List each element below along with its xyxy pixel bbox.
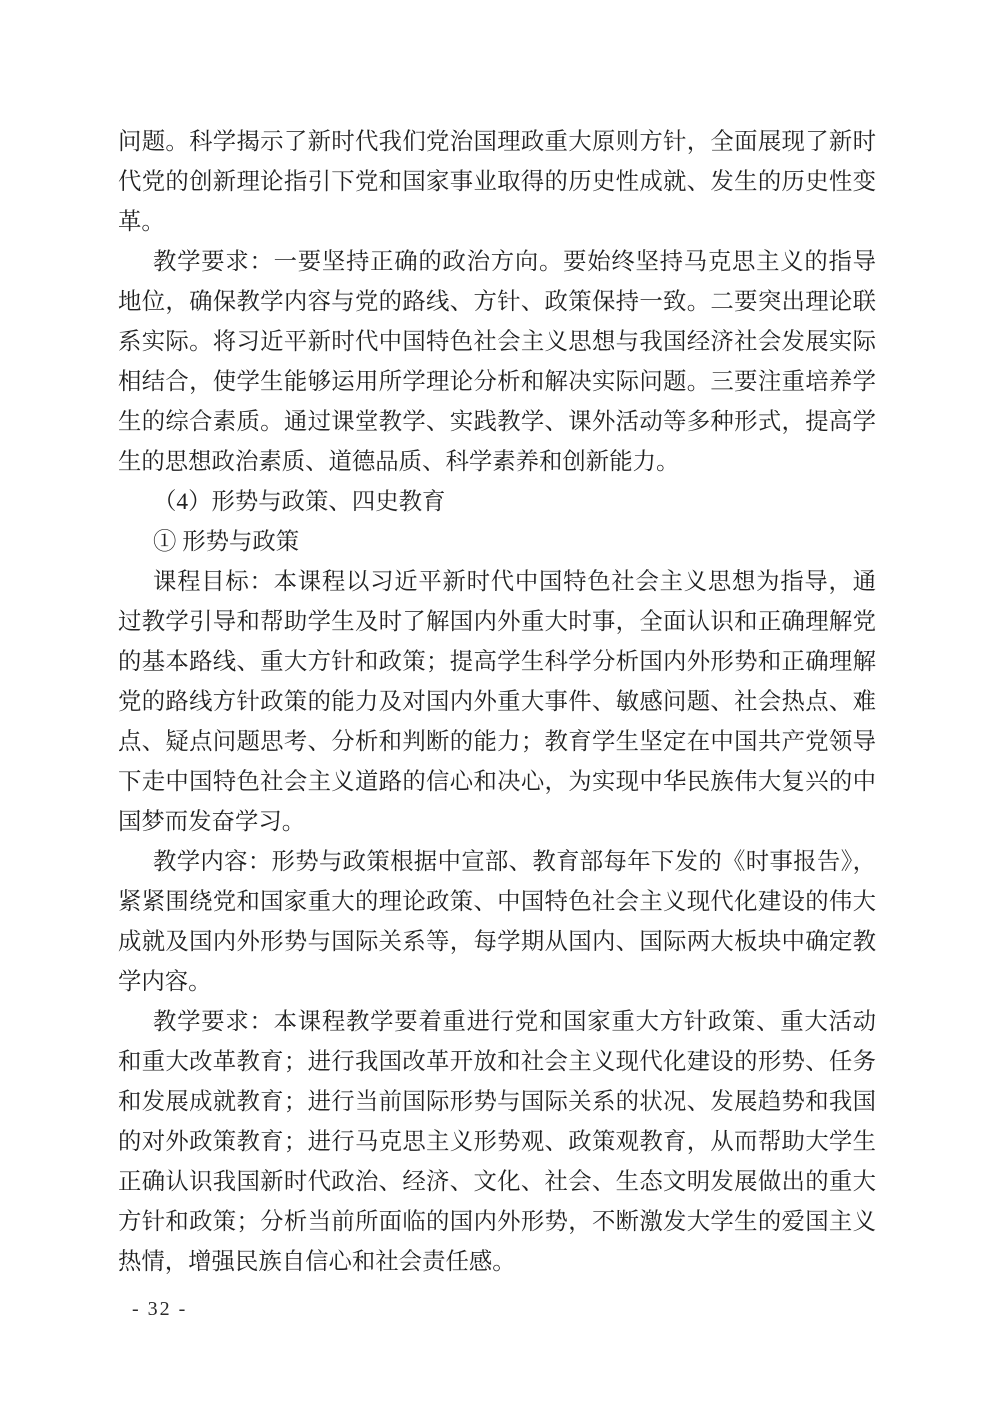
paragraph-continuation: 问题。科学揭示了新时代我们党治国理政重大原则方针，全面展现了新时代党的创新理论指… <box>118 122 876 242</box>
paragraph-teaching-requirements-1: 教学要求：一要坚持正确的政治方向。要始终坚持马克思主义的指导地位，确保教学内容与… <box>118 242 876 482</box>
paragraph-teaching-content: 教学内容：形势与政策根据中宣部、教育部每年下发的《时事报告》，紧紧围绕党和国家重… <box>118 842 876 1002</box>
document-body: 问题。科学揭示了新时代我们党治国理政重大原则方针，全面展现了新时代党的创新理论指… <box>118 122 876 1282</box>
page-number: - 32 - <box>132 1298 187 1321</box>
heading-section-4: （4）形势与政策、四史教育 <box>118 482 876 522</box>
document-page: 问题。科学揭示了新时代我们党治国理政重大原则方针，全面展现了新时代党的创新理论指… <box>0 0 1000 1414</box>
paragraph-course-objectives: 课程目标：本课程以习近平新时代中国特色社会主义思想为指导，通过教学引导和帮助学生… <box>118 562 876 842</box>
paragraph-teaching-requirements-2: 教学要求：本课程教学要着重进行党和国家重大方针政策、重大活动和重大改革教育；进行… <box>118 1002 876 1282</box>
heading-subsection-1: ① 形势与政策 <box>118 522 876 562</box>
